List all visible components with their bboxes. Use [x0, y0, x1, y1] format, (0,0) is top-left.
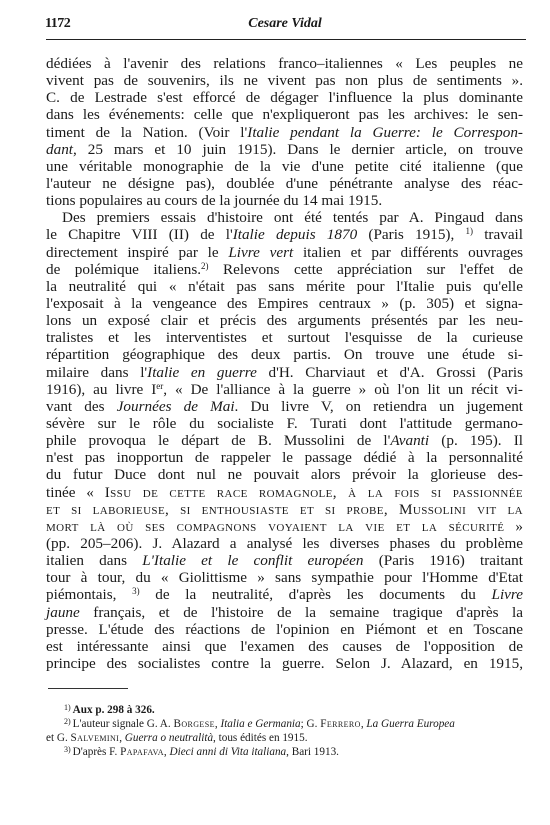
text-line: et si laborieuse, si enthousiaste et si …	[46, 501, 523, 518]
text-line: timent de la Nation. (Voir l'Italie pend…	[46, 124, 523, 141]
text-line: une véritable monographie de la vie d'un…	[46, 158, 523, 175]
text-line: 1916), au livre Ier, « De l'alliance à l…	[46, 381, 523, 398]
footnote-mark: 3)	[64, 745, 71, 754]
small-caps-quote: et si laborieuse, si enthousiaste et si …	[46, 501, 523, 518]
text-line: tralistes et les interventistes et surto…	[46, 329, 523, 346]
italic-title: Journées de Mai	[117, 398, 235, 415]
text-line: dans les événements: celle que n'expliqu…	[46, 106, 523, 123]
footnote-ref-3: 3)	[132, 586, 140, 596]
italic-title: dant	[46, 141, 73, 158]
text-line: le Chapitre VIII (II) de l'Italie depuis…	[46, 226, 523, 243]
italic-title: jaune	[46, 604, 80, 621]
text-line: directement inspiré par le Livre vert it…	[46, 244, 523, 261]
text-line: presse. L'étude des réactions de l'opini…	[46, 621, 523, 638]
italic-title: Italie en guerre	[147, 364, 257, 381]
footnote-ref-1: 1)	[466, 226, 474, 236]
text-line: l'exposait à la vengeance des Empires ce…	[46, 295, 523, 312]
text-line: piémontais, 3) de la neutralité, d'après…	[46, 586, 523, 603]
footnote-2: 2)L'auteur signale G. A. Borgese, Italia…	[46, 717, 526, 731]
text-line: l'auteur ne désigne pas), doublée d'une …	[46, 175, 523, 192]
text-line: du futur Duce dont nul ne pouvait alors …	[46, 466, 523, 483]
text-line: phile provoqua le départ de B. Mussolini…	[46, 432, 523, 449]
text-line: lons un exposé clair et précis des argum…	[46, 312, 523, 329]
text-line: mort là où ses compagnons voyaient la vi…	[46, 518, 523, 535]
body-text: dédiées à l'avenir des relations franco–…	[46, 55, 523, 672]
footnote-rule	[48, 688, 128, 689]
header-rule	[46, 39, 526, 40]
paragraph-start-line: Des premiers essais d'histoire ont été t…	[46, 209, 523, 226]
footnote-1: 1)Aux p. 298 à 326.	[46, 703, 526, 717]
italic-title: Livre vert	[228, 244, 293, 261]
text-line: (pp. 205–206). J. Alazard a analysé les …	[46, 535, 523, 552]
text-line: C. de Lestrade s'est efforcé de dégager …	[46, 89, 523, 106]
footnote-mark: 2)	[64, 717, 71, 726]
text-line: tinée « Issu de cette race romagnole, à …	[46, 484, 523, 501]
text-line: dant, 25 mars et 10 juin 1915). Dans le …	[46, 141, 523, 158]
text-line: sévère sur le rôle du socialiste F. Tura…	[46, 415, 523, 432]
small-caps-quote: Issu de cette race romagnole, à la fois …	[105, 484, 523, 501]
footnotes: 1)Aux p. 298 à 326. 2)L'auteur signale G…	[46, 703, 526, 759]
text-line: tour à tour, du « Giolittisme » sans sym…	[46, 569, 523, 586]
text-line: milaire dans l'Italie en guerre d'H. Cha…	[46, 364, 523, 381]
footnote-mark: 1)	[64, 703, 71, 712]
text-line: tions populaires au cours de la journée …	[46, 192, 523, 209]
text-line: est intéressante ainsi que l'examen des …	[46, 638, 523, 655]
text-line: vivent pas de souvenirs, ils ne vivent p…	[46, 72, 523, 89]
text-line: la neutralité qui « n'était pas sans mér…	[46, 278, 523, 295]
italic-title: L'Italie et le conflit européen	[142, 552, 363, 569]
text-line: jaune français, et de l'histoire de la s…	[46, 604, 523, 621]
italic-title: Italie depuis 1870	[233, 226, 358, 243]
text-line: dédiées à l'avenir des relations franco–…	[46, 55, 523, 72]
text-line: principe des socialistes contre la guerr…	[46, 655, 523, 672]
text-line: n'est pas inopportun de rappeler le pass…	[46, 449, 523, 466]
small-caps-quote: mort là où ses compagnons voyaient la vi…	[46, 518, 504, 535]
running-title-author: Cesare Vidal	[45, 16, 525, 32]
footnote-2-continued: et G. Salvemini, Guerra o neutralità, to…	[46, 731, 526, 745]
running-head: 1172 Cesare Vidal	[45, 16, 525, 36]
text-line: vant des Journées de Mai. Du livre V, on…	[46, 398, 523, 415]
text-line: répartition géographique des deux partis…	[46, 346, 523, 363]
italic-title: Livre	[492, 586, 524, 603]
text-line: de polémique italiens.2) Relevons cette …	[46, 261, 523, 278]
text-line: italien dans L'Italie et le conflit euro…	[46, 552, 523, 569]
italic-title: Avanti	[390, 432, 429, 449]
italic-title: Italie pendant la Guerre: le Correspon-	[247, 124, 523, 141]
footnote-ref-2: 2)	[201, 261, 209, 271]
footnote-3: 3)D'après F. Papafava, Dieci anni di Vit…	[46, 745, 526, 759]
